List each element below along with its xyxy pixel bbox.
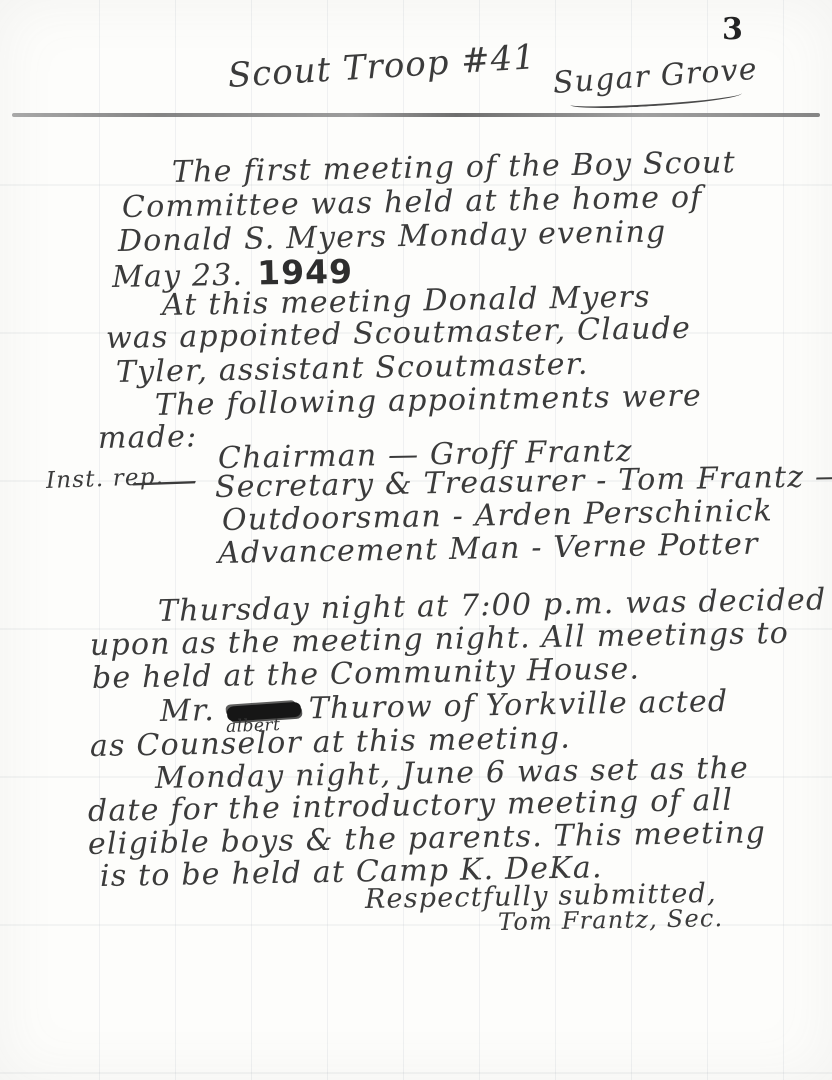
para3-line2: made: [98,419,198,456]
header-title: Scout Troop #41 [227,37,537,96]
header-divider [12,113,820,117]
scanned-minutes-page: 3 Scout Troop #41 Sugar Grove The first … [0,0,832,1080]
para5-line1-rest: Thurow of Yorkville acted [309,684,729,726]
signature: Tom Frantz, Sec. [498,904,724,936]
margin-dash: — [129,460,199,503]
page-number: 3 [722,12,743,47]
para5-prefix: Mr. [160,693,216,729]
